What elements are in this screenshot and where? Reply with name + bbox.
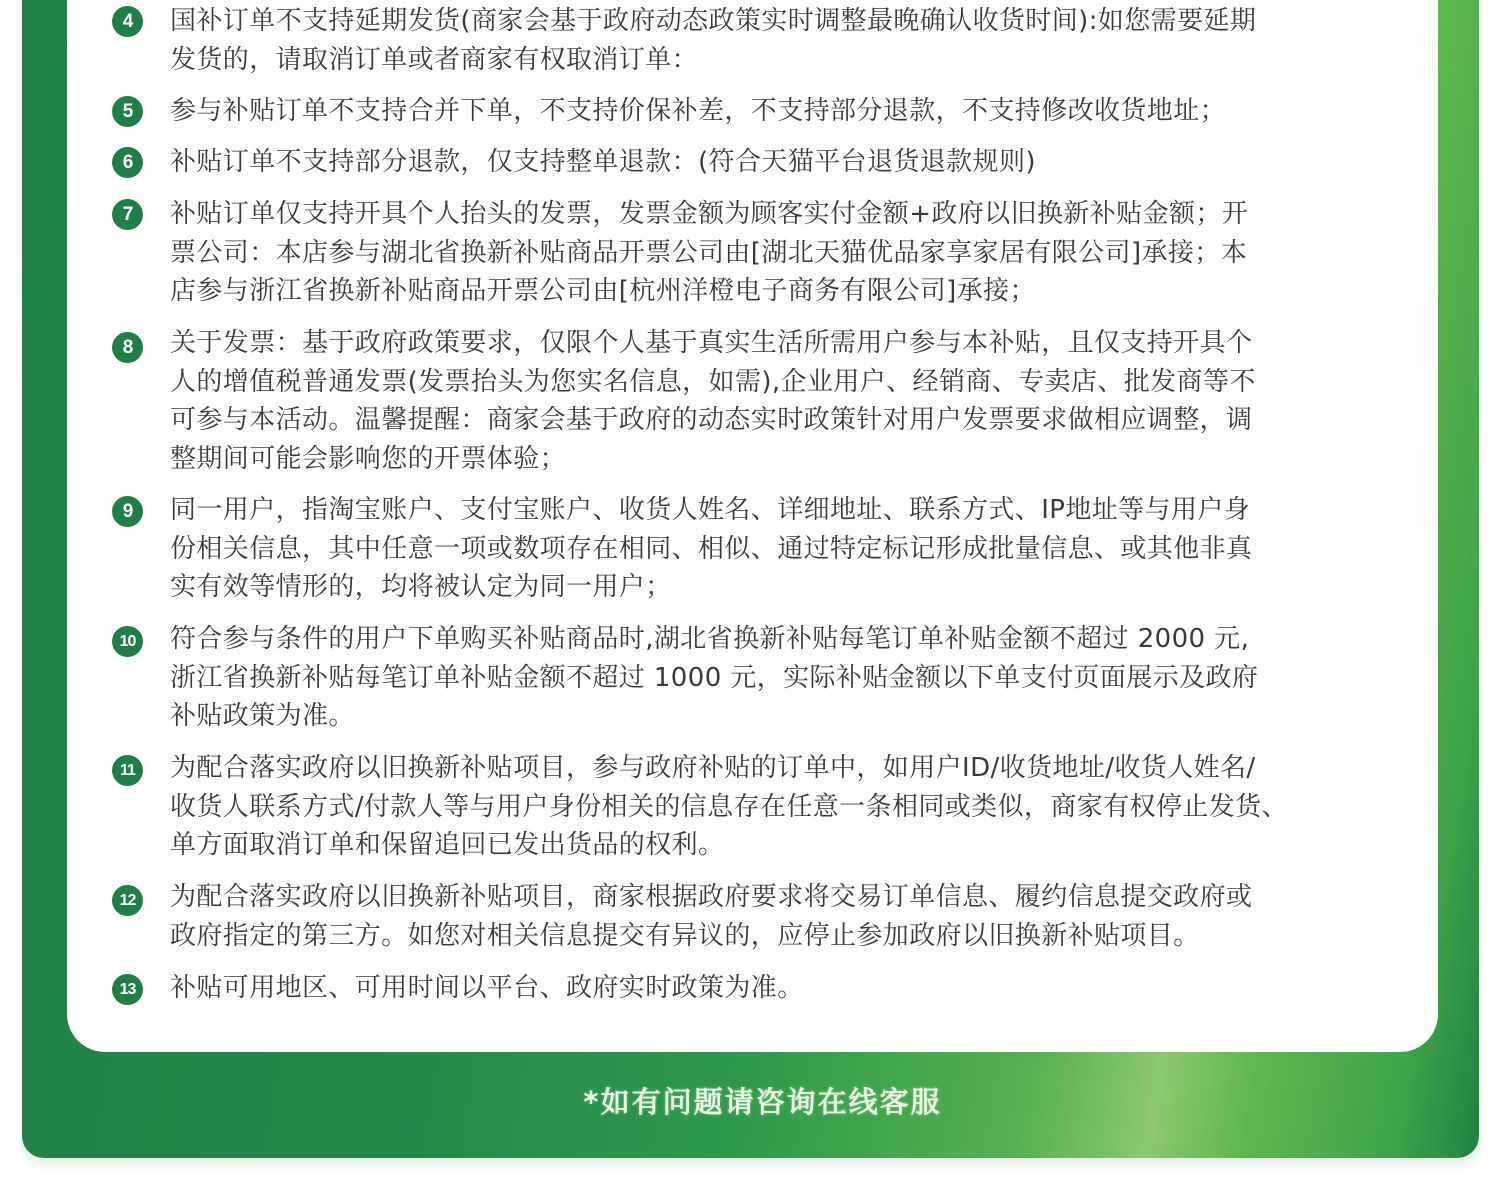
rule-line: 可参与本活动。温馨提醒：商家会基于政府的动态实时政策针对用户发票要求做相应调整，…: [170, 401, 1385, 440]
rule-line: 同一用户，指淘宝账户、支付宝账户、收货人姓名、详细地址、联系方式、IP地址等与用…: [170, 491, 1385, 530]
number-badge-icon: 5: [112, 96, 143, 127]
rule-text: 同一用户，指淘宝账户、支付宝账户、收货人姓名、详细地址、联系方式、IP地址等与用…: [170, 491, 1385, 607]
rule-line: 人的增值税普通发票(发票抬头为您实名信息，如需),企业用户、经销商、专卖店、批发…: [170, 363, 1385, 402]
rule-text: 符合参与条件的用户下单购买补贴商品时,湖北省换新补贴每笔订单补贴金额不超过 20…: [170, 620, 1385, 736]
rule-line: 收货人联系方式/付款人等与用户身份相关的信息存在任意一条相同或类似，商家有权停止…: [170, 788, 1385, 827]
rule-line: 份相关信息，其中任意一项或数项存在相同、相似、通过特定标记形成批量信息、或其他非…: [170, 530, 1385, 569]
number-badge-icon: 13: [112, 974, 143, 1005]
number-badge-icon: 8: [112, 332, 143, 363]
number-badge-icon: 10: [112, 626, 143, 657]
rule-line: 单方面取消订单和保留追回已发出货品的权利。: [170, 826, 1385, 865]
rule-text: 国补订单不支持延期发货(商家会基于政府动态政策实时调整最晚确认收货时间):如您需…: [170, 2, 1385, 79]
rule-text: 为配合落实政府以旧换新补贴项目，商家根据政府要求将交易订单信息、履约信息提交政府…: [170, 878, 1385, 955]
rule-text: 关于发票：基于政府政策要求，仅限个人基于真实生活所需用户参与本补贴，且仅支持开具…: [170, 324, 1385, 478]
rule-line: 实有效等情形的，均将被认定为同一用户；: [170, 568, 1385, 607]
rule-line: 店参与浙江省换新补贴商品开票公司由[杭州洋橙电子商务有限公司]承接；: [170, 272, 1385, 311]
number-badge-icon: 6: [112, 147, 143, 178]
number-badge-icon: 7: [112, 199, 143, 230]
rule-line: 整期间可能会影响您的开票体验；: [170, 440, 1385, 479]
rule-line: 发货的，请取消订单或者商家有权取消订单：: [170, 41, 1385, 80]
rule-text: 补贴订单仅支持开具个人抬头的发票，发票金额为顾客实付金额+政府以旧换新补贴金额；…: [170, 195, 1385, 311]
rule-line: 关于发票：基于政府政策要求，仅限个人基于真实生活所需用户参与本补贴，且仅支持开具…: [170, 324, 1385, 363]
number-badge-icon: 11: [112, 755, 143, 786]
rule-line: 票公司：本店参与湖北省换新补贴商品开票公司由[湖北天猫优品家享家居有限公司]承接…: [170, 234, 1385, 273]
rule-line: 参与补贴订单不支持合并下单，不支持价保补差，不支持部分退款，不支持修改收货地址；: [170, 92, 1385, 131]
number-badge-icon: 4: [112, 6, 143, 37]
number-badge-icon: 9: [112, 496, 143, 527]
rule-line: 浙江省换新补贴每笔订单补贴金额不超过 1000 元，实际补贴金额以下单支付页面展…: [170, 659, 1385, 698]
rule-line: 国补订单不支持延期发货(商家会基于政府动态政策实时调整最晚确认收货时间):如您需…: [170, 2, 1385, 41]
rule-line: 为配合落实政府以旧换新补贴项目，参与政府补贴的订单中，如用户ID/收货地址/收货…: [170, 749, 1385, 788]
rule-line: 补贴订单仅支持开具个人抬头的发票，发票金额为顾客实付金额+政府以旧换新补贴金额；…: [170, 195, 1385, 234]
rule-line: 符合参与条件的用户下单购买补贴商品时,湖北省换新补贴每笔订单补贴金额不超过 20…: [170, 620, 1385, 659]
rule-line: 补贴政策为准。: [170, 697, 1385, 736]
customer-service-note: *如有问题请咨询在线客服: [0, 1080, 1500, 1121]
rule-text: 为配合落实政府以旧换新补贴项目，参与政府补贴的订单中，如用户ID/收货地址/收货…: [170, 749, 1385, 865]
rule-line: 政府指定的第三方。如您对相关信息提交有异议的，应停止参加政府以旧换新补贴项目。: [170, 917, 1385, 956]
rule-line: 补贴可用地区、可用时间以平台、政府实时政策为准。: [170, 969, 1385, 1008]
rule-line: 补贴订单不支持部分退款，仅支持整单退款：(符合天猫平台退货退款规则): [170, 143, 1385, 182]
rule-text: 补贴可用地区、可用时间以平台、政府实时政策为准。: [170, 969, 1385, 1008]
number-badge-icon: 12: [112, 885, 143, 916]
rule-text: 参与补贴订单不支持合并下单，不支持价保补差，不支持部分退款，不支持修改收货地址；: [170, 92, 1385, 131]
rule-line: 为配合落实政府以旧换新补贴项目，商家根据政府要求将交易订单信息、履约信息提交政府…: [170, 878, 1385, 917]
rule-text: 补贴订单不支持部分退款，仅支持整单退款：(符合天猫平台退货退款规则): [170, 143, 1385, 182]
